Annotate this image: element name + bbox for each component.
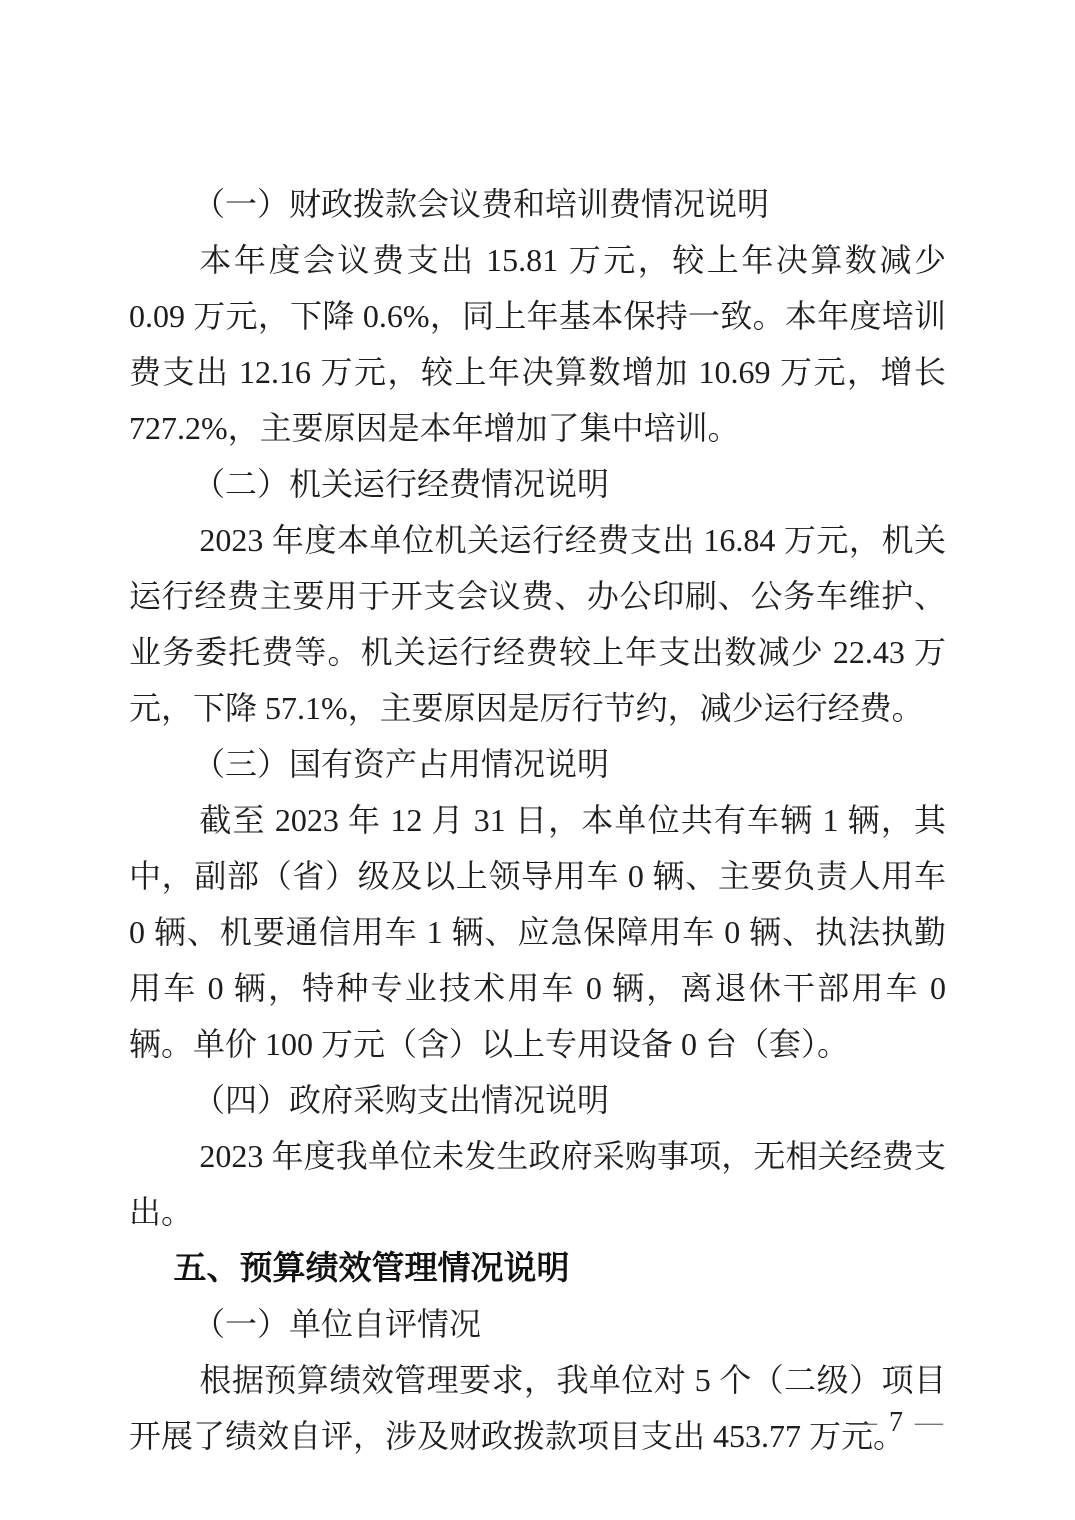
section-heading-unit-self-evaluation: （一）单位自评情况 — [129, 1296, 946, 1352]
document-body: （一）财政拨款会议费和培训费情况说明 本年度会议费支出 15.81 万元，较上年… — [129, 176, 946, 1464]
section-heading-meeting-training-fees: （一）财政拨款会议费和培训费情况说明 — [129, 176, 946, 232]
para-government-procurement: 2023 年度我单位未发生政府采购事项，无相关经费支出。 — [129, 1128, 946, 1240]
footer-dash-right: — — [915, 1407, 943, 1438]
para-state-assets-occupancy: 截至 2023 年 12 月 31 日，本单位共有车辆 1 辆，其中，副部（省）… — [129, 792, 946, 1072]
section-heading-state-assets-occupancy: （三）国有资产占用情况说明 — [129, 736, 946, 792]
para-agency-operating-funds: 2023 年度本单位机关运行经费支出 16.84 万元，机关运行经费主要用于开支… — [129, 512, 946, 736]
section-heading-government-procurement: （四）政府采购支出情况说明 — [129, 1072, 946, 1128]
para-meeting-training-fees: 本年度会议费支出 15.81 万元，较上年决算数减少 0.09 万元，下降 0.… — [129, 232, 946, 456]
chapter-heading-budget-performance: 五、预算绩效管理情况说明 — [129, 1240, 946, 1296]
section-heading-agency-operating-funds: （二）机关运行经费情况说明 — [129, 456, 946, 512]
page-footer: —7— — [849, 1404, 943, 1442]
footer-dash-left: — — [849, 1407, 877, 1438]
page-number: 7 — [889, 1407, 903, 1438]
para-unit-self-evaluation: 根据预算绩效管理要求，我单位对 5 个（二级）项目开展了绩效自评，涉及财政拨款项… — [129, 1352, 946, 1464]
document-page: （一）财政拨款会议费和培训费情况说明 本年度会议费支出 15.81 万元，较上年… — [0, 0, 1075, 1520]
